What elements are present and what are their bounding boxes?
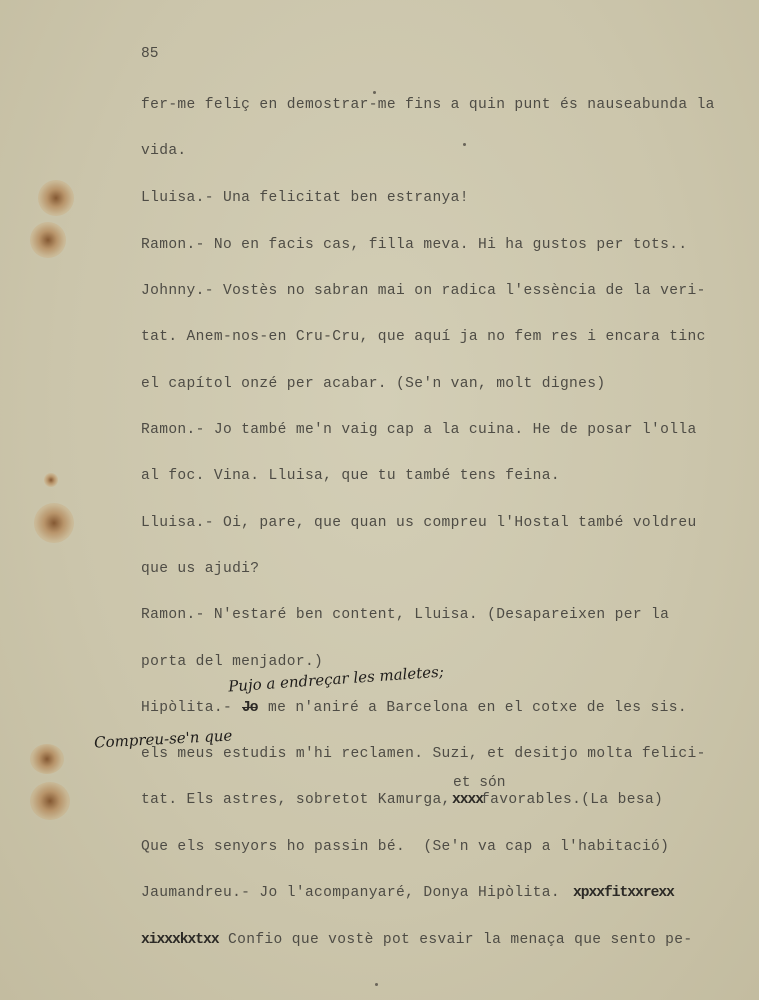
rust-stain <box>34 503 74 543</box>
text-line: que us ajudi? <box>141 560 259 578</box>
page-number: 85 <box>141 46 159 62</box>
typed-insert: et són <box>453 775 506 791</box>
rust-stain <box>30 782 70 820</box>
struck-word: Jo <box>242 699 258 717</box>
text-line: al foc. Vina. Lluisa, que tu també tens … <box>141 467 560 485</box>
text-line: Hipòlita.- <box>141 699 232 717</box>
text-line: Confio que vostè pot esvair la menaça qu… <box>228 931 693 949</box>
text-line: Johnny.- Vostès no sabran mai on radica … <box>141 282 706 300</box>
ink-speck <box>463 143 466 146</box>
rust-stain <box>44 473 58 487</box>
struck-word: xixxxkxtxx <box>141 931 219 949</box>
text-line: vida. <box>141 142 187 160</box>
rust-stain <box>30 222 66 258</box>
text-line: Ramon.- No en facis cas, filla meva. Hi … <box>141 236 687 254</box>
text-line: tat. Anem-nos-en Cru-Cru, que aquí ja no… <box>141 328 706 346</box>
struck-word: xxxx <box>452 791 483 809</box>
rust-stain <box>38 180 74 216</box>
text-line: Jaumandreu.- Jo l'acompanyaré, Donya Hip… <box>141 884 560 902</box>
text-line: favorables.(La besa) <box>481 791 663 809</box>
text-line: me n'aniré a Barcelona en el cotxe de le… <box>268 699 687 717</box>
text-line: Que els senyors ho passin bé. (Se'n va c… <box>141 838 669 856</box>
text-line: Ramon.- Jo també me'n vaig cap a la cuin… <box>141 421 697 439</box>
typescript-page: 85 fer-me feliç en demostrar-me fins a q… <box>0 0 759 1000</box>
text-line: porta del menjador.) <box>141 653 323 671</box>
ink-speck <box>375 983 378 986</box>
text-line: Lluisa.- Una felicitat ben estranya! <box>141 189 469 207</box>
text-line: els meus estudis m'hi reclamen. Suzi, et… <box>141 745 706 763</box>
ink-speck <box>373 91 376 94</box>
text-line: Lluisa.- Oi, pare, que quan us compreu l… <box>141 514 697 532</box>
rust-stain <box>30 744 64 774</box>
text-line: el capítol onzé per acabar. (Se'n van, m… <box>141 375 606 393</box>
struck-word: xpxxfitxxrexx <box>573 884 674 902</box>
text-line: fer-me feliç en demostrar-me fins a quin… <box>141 96 715 114</box>
text-line: tat. Els astres, sobretot Kamurga, <box>141 791 451 809</box>
text-line: Ramon.- N'estaré ben content, Lluisa. (D… <box>141 606 669 624</box>
